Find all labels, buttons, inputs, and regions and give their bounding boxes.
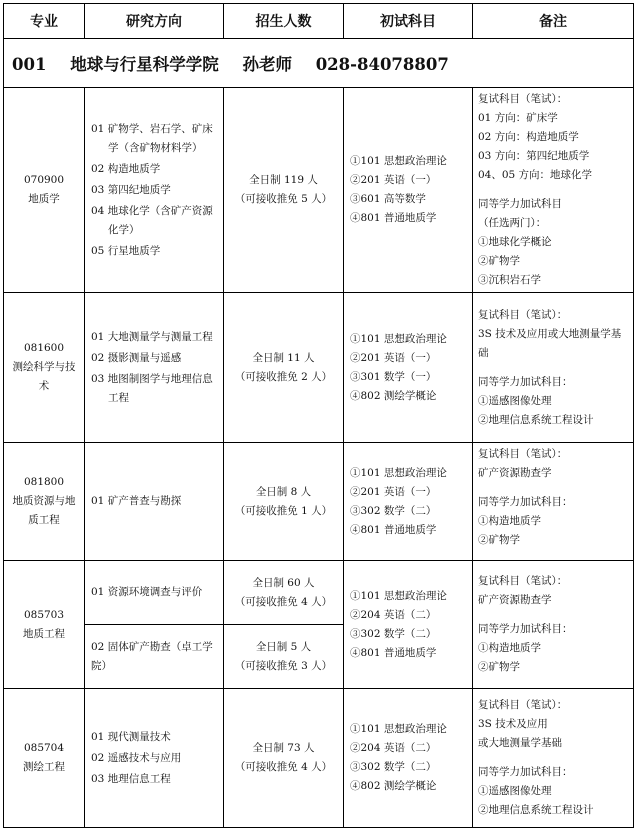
major-name: 测绘科学与技术 xyxy=(4,358,84,396)
note-line: 同等学力加试科目： xyxy=(478,763,629,782)
department-name: 地球与行星科学学院 xyxy=(70,55,219,74)
exam-item: ②201 英语（一） xyxy=(350,349,472,368)
quota-note: （可接收推免 4 人） xyxy=(224,758,343,777)
quota-cell: 全日制 11 人 （可接收推免 2 人） xyxy=(224,293,344,443)
major-code: 081600 xyxy=(4,339,84,358)
direction-cell: 02 固体矿产勘查（卓工学院） xyxy=(85,625,224,689)
note-line: ②地理信息系统工程设计 xyxy=(478,801,629,820)
direction-item: 03 地理信息工程 xyxy=(91,770,219,789)
quota-note: （可接收推免 3 人） xyxy=(224,657,343,676)
quota-cell: 全日制 119 人 （可接收推免 5 人） xyxy=(224,88,344,293)
exam-item: ④801 普通地质学 xyxy=(350,209,472,228)
direction-item: 01 矿物学、岩石学、矿床学（含矿物材料学） xyxy=(91,120,219,158)
exam-item: ②201 英语（一） xyxy=(350,171,472,190)
exam-item: ④801 普通地质学 xyxy=(350,521,472,540)
table-row: 070900 地质学 01 矿物学、岩石学、矿床学（含矿物材料学） 02 构造地… xyxy=(4,88,634,293)
exam-item: ①101 思想政治理论 xyxy=(350,152,472,171)
header-quota: 招生人数 xyxy=(224,4,344,39)
direction-item: 01 资源环境调查与评价 xyxy=(91,583,219,602)
direction-item: 03 第四纪地质学 xyxy=(91,181,219,200)
note-line: 同等学力加试科目 xyxy=(478,195,629,214)
direction-cell: 01 现代测量技术 02 遥感技术与应用 03 地理信息工程 xyxy=(85,689,224,828)
note-line: 矿产资源勘查学 xyxy=(478,591,629,610)
major-cell: 081600 测绘科学与技术 xyxy=(4,293,85,443)
exam-item: ③301 数学（一） xyxy=(350,368,472,387)
quota-note: （可接收推免 5 人） xyxy=(224,190,343,209)
direction-item: 02 固体矿产勘查（卓工学院） xyxy=(91,638,219,676)
table-row: 081800 地质资源与地质工程 01 矿产普查与勘探 全日制 8 人 （可接收… xyxy=(4,443,634,561)
direction-cell: 01 大地测量学与测量工程 02 摄影测量与遥感 03 地图制图学与地理信息工程 xyxy=(85,293,224,443)
exam-item: ①101 思想政治理论 xyxy=(350,330,472,349)
exam-item: ④801 普通地质学 xyxy=(350,644,472,663)
exam-cell: ①101 思想政治理论 ②204 英语（二） ③302 数学（二） ④801 普… xyxy=(344,561,473,689)
notes-cell: 复试科目（笔试）： 矿产资源勘查学 同等学力加试科目： ①构造地质学 ②矿物学 xyxy=(473,561,634,689)
exam-item: ③601 高等数学 xyxy=(350,190,472,209)
note-line: ①构造地质学 xyxy=(478,639,629,658)
exam-item: ③302 数学（二） xyxy=(350,625,472,644)
quota-value: 全日制 119 人 xyxy=(224,171,343,190)
note-line: 02 方向：构造地质学 xyxy=(478,128,629,147)
table-row: 085704 测绘工程 01 现代测量技术 02 遥感技术与应用 03 地理信息… xyxy=(4,689,634,828)
department-row: 001 地球与行星科学学院 孙老师 028-84078807 xyxy=(4,39,634,88)
exam-item: ③302 数学（二） xyxy=(350,502,472,521)
note-line: 3S 技术及应用 xyxy=(478,715,629,734)
note-line: 01 方向：矿床学 xyxy=(478,109,629,128)
quota-value: 全日制 73 人 xyxy=(224,739,343,758)
note-line: ②矿物学 xyxy=(478,252,629,271)
note-line: 复试科目（笔试）： xyxy=(478,572,629,591)
major-code: 081800 xyxy=(4,473,84,492)
note-line: ②地理信息系统工程设计 xyxy=(478,411,629,430)
note-line: 复试科目（笔试）： xyxy=(478,696,629,715)
header-notes: 备注 xyxy=(473,4,634,39)
major-cell: 070900 地质学 xyxy=(4,88,85,293)
exam-item: ②204 英语（二） xyxy=(350,606,472,625)
quota-value: 全日制 8 人 xyxy=(224,483,343,502)
major-name: 地质资源与地质工程 xyxy=(4,492,84,530)
major-code: 085704 xyxy=(4,739,84,758)
note-line: 03 方向：第四纪地质学 xyxy=(478,147,629,166)
quota-value: 全日制 11 人 xyxy=(224,349,343,368)
exam-cell: ①101 思想政治理论 ②201 英语（一） ③301 数学（一） ④802 测… xyxy=(344,293,473,443)
note-line: 矿产资源勘查学 xyxy=(478,464,629,483)
quota-cell: 全日制 8 人 （可接收推免 1 人） xyxy=(224,443,344,561)
quota-cell: 全日制 60 人 （可接收推免 4 人） xyxy=(224,561,344,625)
major-cell: 085704 测绘工程 xyxy=(4,689,85,828)
quota-note: （可接收推免 4 人） xyxy=(224,593,343,612)
direction-item: 02 摄影测量与遥感 xyxy=(91,349,219,368)
direction-item: 01 矿产普查与勘探 xyxy=(91,492,219,511)
note-line: 3S 技术及应用或大地测量学基础 xyxy=(478,325,629,363)
major-cell: 081800 地质资源与地质工程 xyxy=(4,443,85,561)
exam-item: ②204 英语（二） xyxy=(350,739,472,758)
direction-cell: 01 矿产普查与勘探 xyxy=(85,443,224,561)
note-line: ①遥感图像处理 xyxy=(478,782,629,801)
header-major: 专业 xyxy=(4,4,85,39)
note-line: 同等学力加试科目： xyxy=(478,620,629,639)
direction-cell: 01 资源环境调查与评价 xyxy=(85,561,224,625)
notes-cell: 复试科目（笔试）： 3S 技术及应用 或大地测量学基础 同等学力加试科目： ①遥… xyxy=(473,689,634,828)
exam-item: ④802 测绘学概论 xyxy=(350,387,472,406)
department-heading: 001 地球与行星科学学院 孙老师 028-84078807 xyxy=(4,39,634,88)
note-line: ②矿物学 xyxy=(478,531,629,550)
major-name: 地质工程 xyxy=(4,625,84,644)
note-line: ③沉积岩石学 xyxy=(478,271,629,290)
note-line: ①构造地质学 xyxy=(478,512,629,531)
note-line: 同等学力加试科目： xyxy=(478,493,629,512)
quota-cell: 全日制 5 人 （可接收推免 3 人） xyxy=(224,625,344,689)
quota-note: （可接收推免 2 人） xyxy=(224,368,343,387)
direction-item: 04 地球化学（含矿产资源化学） xyxy=(91,202,219,240)
header-row: 专业 研究方向 招生人数 初试科目 备注 xyxy=(4,4,634,39)
major-cell: 085703 地质工程 xyxy=(4,561,85,689)
note-line: ②矿物学 xyxy=(478,658,629,677)
note-line: 同等学力加试科目： xyxy=(478,373,629,392)
department-phone: 028-84078807 xyxy=(316,55,449,74)
exam-item: ①101 思想政治理论 xyxy=(350,464,472,483)
notes-cell: 复试科目（笔试）： 矿产资源勘查学 同等学力加试科目： ①构造地质学 ②矿物学 xyxy=(473,443,634,561)
notes-cell: 复试科目（笔试）： 3S 技术及应用或大地测量学基础 同等学力加试科目： ①遥感… xyxy=(473,293,634,443)
exam-item: ①101 思想政治理论 xyxy=(350,720,472,739)
note-line: 复试科目（笔试）： xyxy=(478,306,629,325)
quota-cell: 全日制 73 人 （可接收推免 4 人） xyxy=(224,689,344,828)
major-name: 地质学 xyxy=(4,190,84,209)
exam-item: ①101 思想政治理论 xyxy=(350,587,472,606)
quota-note: （可接收推免 1 人） xyxy=(224,502,343,521)
note-line: ①地球化学概论 xyxy=(478,233,629,252)
exam-item: ④802 测绘学概论 xyxy=(350,777,472,796)
exam-cell: ①101 思想政治理论 ②201 英语（一） ③302 数学（二） ④801 普… xyxy=(344,443,473,561)
table-row: 081600 测绘科学与技术 01 大地测量学与测量工程 02 摄影测量与遥感 … xyxy=(4,293,634,443)
note-line: 或大地测量学基础 xyxy=(478,734,629,753)
direction-cell: 01 矿物学、岩石学、矿床学（含矿物材料学） 02 构造地质学 03 第四纪地质… xyxy=(85,88,224,293)
department-code: 001 xyxy=(12,55,46,74)
exam-item: ③302 数学（二） xyxy=(350,758,472,777)
direction-item: 02 遥感技术与应用 xyxy=(91,749,219,768)
direction-item: 01 大地测量学与测量工程 xyxy=(91,328,219,347)
quota-value: 全日制 5 人 xyxy=(224,638,343,657)
note-line: 04、05 方向：地球化学 xyxy=(478,166,629,185)
department-contact: 孙老师 xyxy=(242,55,292,74)
table-row: 085703 地质工程 01 资源环境调查与评价 全日制 60 人 （可接收推免… xyxy=(4,561,634,625)
direction-item: 02 构造地质学 xyxy=(91,160,219,179)
exam-cell: ①101 思想政治理论 ②204 英语（二） ③302 数学（二） ④802 测… xyxy=(344,689,473,828)
note-line: 复试科目（笔试）： xyxy=(478,90,629,109)
major-code: 085703 xyxy=(4,606,84,625)
notes-cell: 复试科目（笔试）： 01 方向：矿床学 02 方向：构造地质学 03 方向：第四… xyxy=(473,88,634,293)
note-line: （任选两门）： xyxy=(478,214,629,233)
note-line: 复试科目（笔试）： xyxy=(478,445,629,464)
direction-item: 05 行星地质学 xyxy=(91,242,219,261)
direction-item: 03 地图制图学与地理信息工程 xyxy=(91,370,219,408)
exam-cell: ①101 思想政治理论 ②201 英语（一） ③601 高等数学 ④801 普通… xyxy=(344,88,473,293)
admissions-table: 专业 研究方向 招生人数 初试科目 备注 001 地球与行星科学学院 孙老师 0… xyxy=(3,3,634,828)
note-line: ①遥感图像处理 xyxy=(478,392,629,411)
direction-item: 01 现代测量技术 xyxy=(91,728,219,747)
header-direction: 研究方向 xyxy=(85,4,224,39)
quota-value: 全日制 60 人 xyxy=(224,574,343,593)
major-code: 070900 xyxy=(4,171,84,190)
major-name: 测绘工程 xyxy=(4,758,84,777)
exam-item: ②201 英语（一） xyxy=(350,483,472,502)
header-exams: 初试科目 xyxy=(344,4,473,39)
